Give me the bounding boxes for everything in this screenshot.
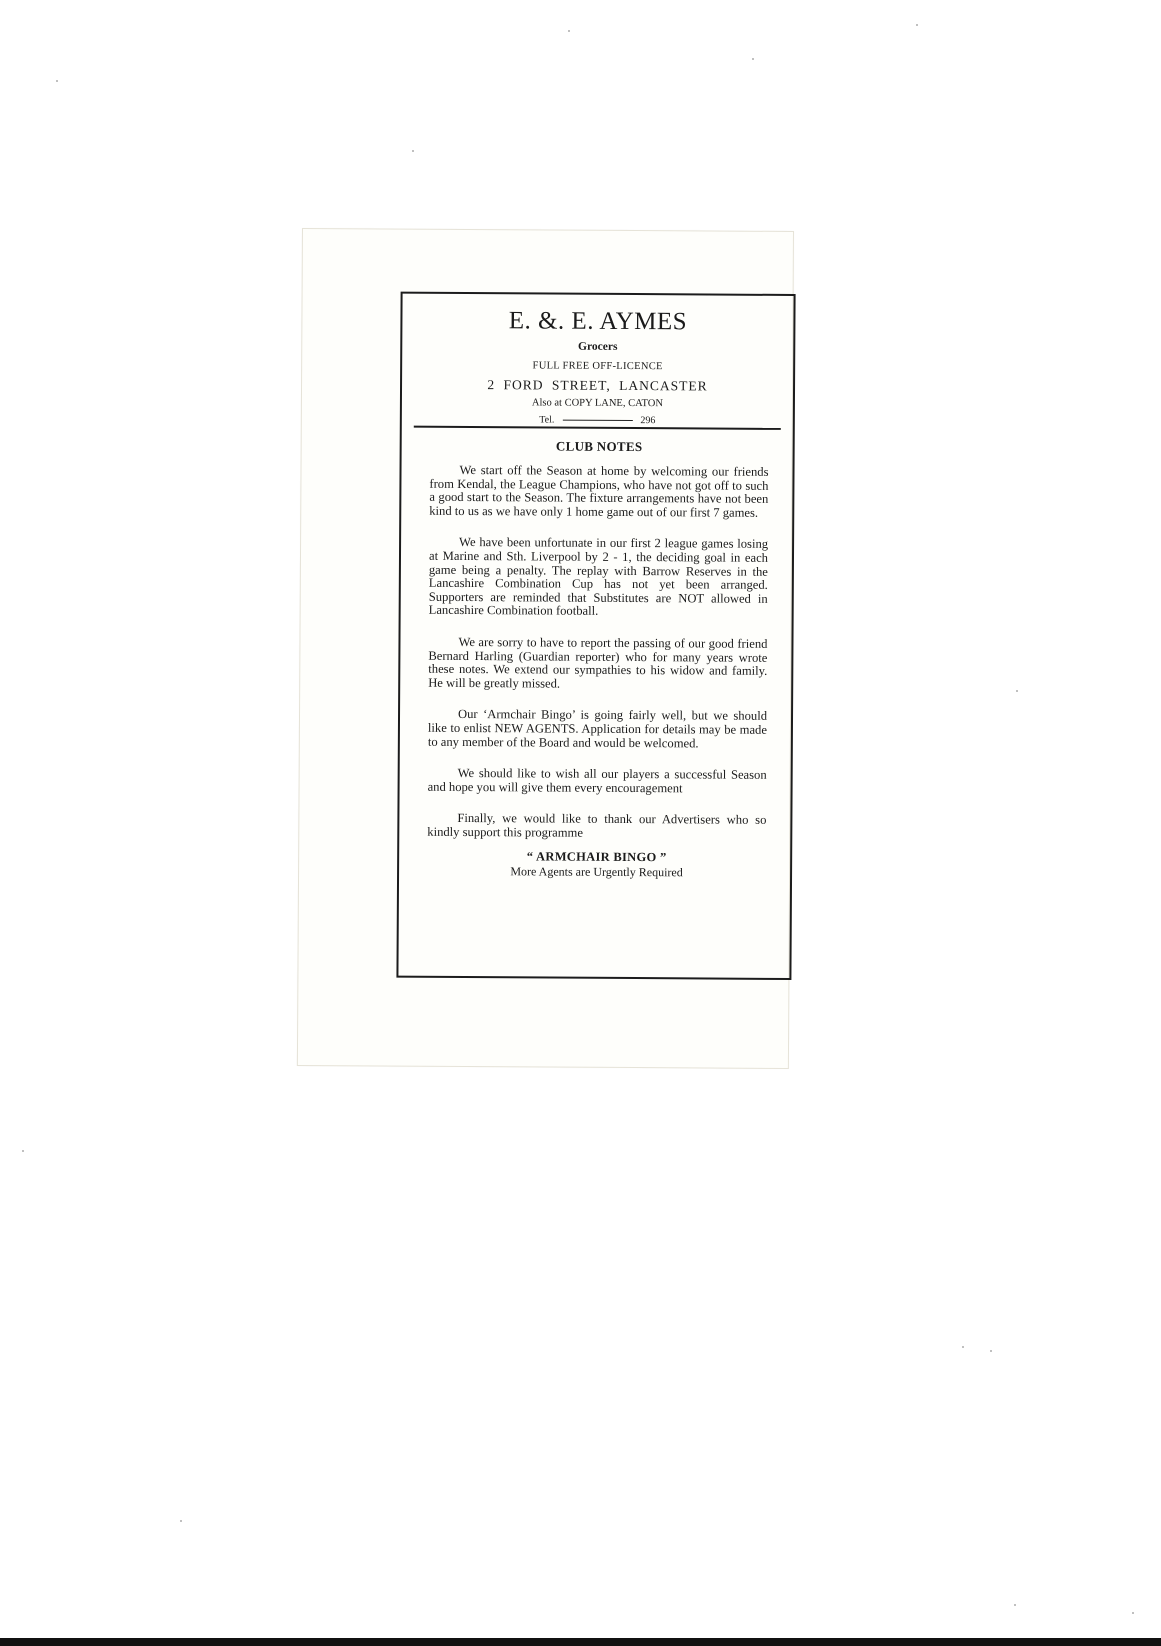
- notes-paragraph-players: We should like to wish all our players a…: [428, 767, 767, 796]
- scan-speck: [1132, 1612, 1134, 1614]
- advertiser-name: E. &. E. AYMES: [402, 306, 793, 338]
- tel-leader-line: [562, 420, 632, 421]
- advertiser-trade: Grocers: [402, 339, 793, 355]
- bingo-notice-subtitle: More Agents are Urgently Required: [427, 864, 766, 881]
- tel-number: 296: [640, 415, 655, 426]
- scan-edge-strip: [0, 1638, 1161, 1646]
- scan-speck: [1016, 690, 1018, 692]
- scan-speck: [412, 150, 414, 152]
- scan-speck: [962, 1346, 964, 1348]
- bingo-notice: “ ARMCHAIR BINGO ” More Agents are Urgen…: [427, 849, 766, 881]
- scan-speck: [752, 58, 754, 60]
- advertisement: E. &. E. AYMES Grocers FULL FREE OFF-LIC…: [402, 294, 794, 422]
- advertiser-licence: FULL FREE OFF-LICENCE: [402, 359, 793, 374]
- advertiser-branch: Also at COPY LANE, CATON: [402, 396, 793, 411]
- scan-speck: [916, 24, 918, 26]
- club-notes: CLUB NOTES We start off the Season at ho…: [399, 428, 793, 882]
- club-notes-title: CLUB NOTES: [430, 438, 769, 456]
- tel-label: Tel.: [539, 414, 554, 425]
- programme-page: E. &. E. AYMES Grocers FULL FREE OFF-LIC…: [297, 228, 794, 1069]
- scan-speck: [1014, 1604, 1016, 1606]
- scan-speck: [990, 1350, 992, 1352]
- notes-paragraph-bingo: Our ‘Armchair Bingo’ is going fairly wel…: [428, 708, 767, 751]
- advertiser-address: 2 FORD STREET, LANCASTER: [402, 376, 793, 395]
- notes-paragraph-season-opener: We start off the Season at home by welco…: [429, 464, 768, 520]
- notes-paragraph-results: We have been unfortunate in our first 2 …: [429, 536, 768, 620]
- notes-paragraph-advertisers: Finally, we would like to thank our Adve…: [427, 812, 766, 841]
- scan-speck: [180, 1520, 182, 1522]
- notes-paragraph-obituary: We are sorry to have to report the passi…: [428, 636, 767, 692]
- scan-speck: [56, 80, 58, 82]
- content-frame: E. &. E. AYMES Grocers FULL FREE OFF-LIC…: [396, 292, 795, 980]
- scan-speck: [568, 30, 570, 32]
- scan-speck: [22, 1150, 24, 1152]
